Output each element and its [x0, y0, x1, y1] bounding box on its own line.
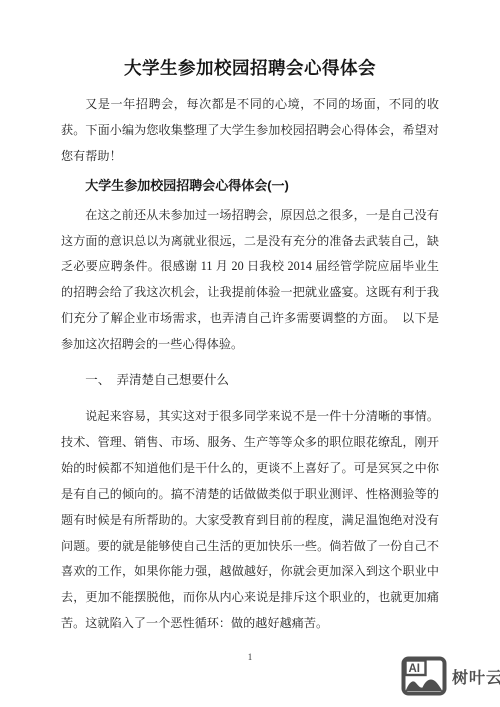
intro-paragraph: 又是一年招聘会，每次都是不同的心境，不同的场面，不同的收获。下面小编为您收集整理… — [61, 92, 439, 170]
page-title: 大学生参加校园招聘会心得体会 — [0, 55, 500, 81]
watermark-logo: AI 树叶云 — [401, 656, 500, 696]
ai-image-icon: AI — [401, 656, 447, 696]
paragraph-experience-intro: 在这之前还从未参加过一场招聘会，原因总之很多，一是自己没有这方面的意识总以为离就… — [61, 203, 439, 358]
document-body: 又是一年招聘会，每次都是不同的心境，不同的场面，不同的收获。下面小编为您收集整理… — [61, 92, 439, 637]
ai-icon-label: AI — [409, 663, 421, 675]
document-page: 大学生参加校园招聘会心得体会 又是一年招聘会，每次都是不同的心境，不同的场面，不… — [0, 0, 500, 707]
section-heading-part-one: 大学生参加校园招聘会心得体会(一) — [61, 173, 439, 199]
brand-name: 树叶云 — [452, 665, 500, 688]
paragraph-point-one-body: 说起来容易，其实这对于很多同学来说不是一件十分清晰的事情。技术、管理、销售、市场… — [61, 404, 439, 637]
subsection-heading-point-one: 一、 弄清楚自己想要什么 — [61, 368, 439, 394]
